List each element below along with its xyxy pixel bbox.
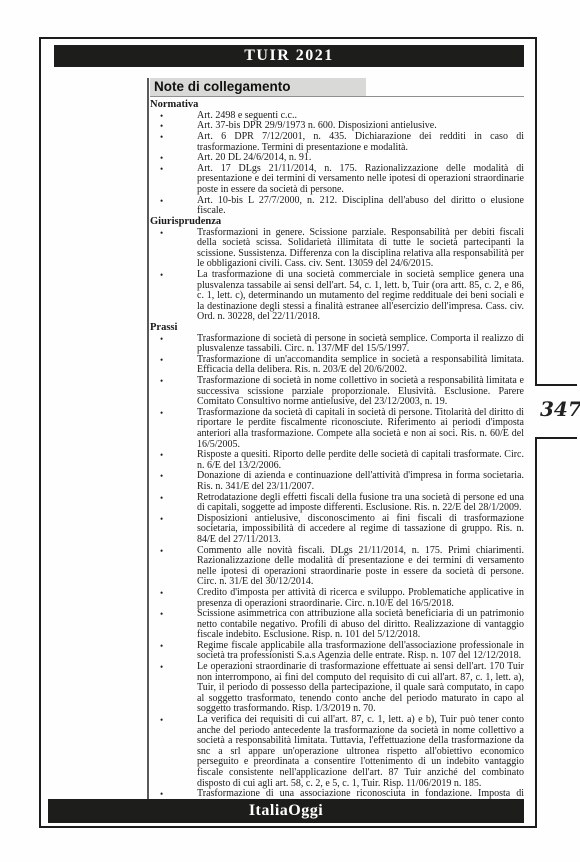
list-item: •Le operazioni straordinarie di trasform…	[150, 662, 524, 715]
bullet-marker: •	[150, 153, 197, 164]
bullet-marker: •	[150, 228, 197, 270]
list-item: •Credito d'imposta per attività di ricer…	[150, 588, 524, 609]
bullet-marker: •	[150, 450, 197, 471]
bullet-marker: •	[150, 546, 197, 588]
bullet-marker: •	[150, 609, 197, 641]
page-border-left	[39, 37, 41, 828]
bullet-marker: •	[150, 715, 197, 789]
list-item-text: Trasformazione di società di persone in …	[197, 334, 524, 355]
list-item: •Trasformazione di società di persone in…	[150, 334, 524, 355]
page-border-bottom	[39, 826, 537, 828]
list-item-text: Trasformazione di società in nome collet…	[197, 376, 524, 408]
note-di-collegamento-header: Note di collegamento	[150, 78, 524, 97]
list-item: •Trasformazione di società in nome colle…	[150, 376, 524, 408]
list-item-text: Donazione di azienda e continuazione del…	[197, 471, 524, 492]
bullet-marker: •	[150, 514, 197, 546]
bullet-marker: •	[150, 471, 197, 492]
bullet-marker: •	[150, 493, 197, 514]
list-item: •Commento alle novità fiscali. DLgs 21/1…	[150, 546, 524, 588]
content-column: Note di collegamento Normativa•Art. 2498…	[150, 78, 524, 810]
list-item: •Art. 6 DPR 7/12/2001, n. 435. Dichiaraz…	[150, 132, 524, 153]
footer-logo-bar: ItaliaOggi	[48, 799, 524, 823]
list-item-text: Commento alle novità fiscali. DLgs 21/11…	[197, 546, 524, 588]
list-item-text: Art. 17 DLgs 21/11/2014, n. 175. Raziona…	[197, 164, 524, 196]
list-item-text: Trasformazione da società di capitali in…	[197, 408, 524, 450]
list-item-text: Retrodatazione degli effetti fiscali del…	[197, 493, 524, 514]
bullet-marker: •	[150, 408, 197, 450]
bullet-marker: •	[150, 121, 197, 132]
bullet-marker: •	[150, 334, 197, 355]
list-item-text: Trasformazioni in genere. Scissione parz…	[197, 228, 524, 270]
bullet-marker: •	[150, 641, 197, 662]
list-item: •Scissione asimmetrica con attribuzione …	[150, 609, 524, 641]
list-item: •Trasformazioni in genere. Scissione par…	[150, 228, 524, 270]
list-item: •La trasformazione di una società commer…	[150, 270, 524, 323]
note-title: Note di collegamento	[150, 78, 366, 96]
page-border-top	[39, 37, 537, 39]
bullet-marker: •	[150, 196, 197, 217]
sections-container: Normativa•Art. 2498 e seguenti c.c..•Art…	[150, 100, 524, 810]
list-item-text: Le operazioni straordinarie di trasforma…	[197, 662, 524, 715]
list-item-text: La verifica dei requisiti di cui all'art…	[197, 715, 524, 789]
list-item-text: Scissione asimmetrica con attribuzione a…	[197, 609, 524, 641]
bullet-marker: •	[150, 355, 197, 376]
list-item: •Donazione di azienda e continuazione de…	[150, 471, 524, 492]
page-number-notch-top	[535, 384, 577, 386]
page-number: 347	[540, 397, 580, 421]
list-item: •La verifica dei requisiti di cui all'ar…	[150, 715, 524, 789]
list-item: •Trasformazione da società di capitali i…	[150, 408, 524, 450]
list-item-text: Art. 6 DPR 7/12/2001, n. 435. Dichiarazi…	[197, 132, 524, 153]
bullet-marker: •	[150, 662, 197, 715]
footer-logo-text: ItaliaOggi	[249, 802, 323, 819]
list-item-text: Regime fiscale applicabile alla trasform…	[197, 641, 524, 662]
bullet-marker: •	[150, 270, 197, 323]
header-title-bar: TUIR 2021	[54, 45, 524, 67]
list-item: •Disposizioni antielusive, disconoscimen…	[150, 514, 524, 546]
header-title: TUIR 2021	[244, 47, 334, 64]
list-item: •Risposte a quesiti. Riporto delle perdi…	[150, 450, 524, 471]
bullet-marker: •	[150, 111, 197, 122]
list-item-text: Disposizioni antielusive, disconosciment…	[197, 514, 524, 546]
page-border-right-lower	[535, 437, 537, 828]
list-item-text: Art. 10-bis L 27/7/2000, n. 212. Discipl…	[197, 196, 524, 217]
page-number-notch-bottom	[535, 437, 577, 439]
list-item-text: Trasformazione di un'accomandita semplic…	[197, 355, 524, 376]
list-item: •Art. 10-bis L 27/7/2000, n. 212. Discip…	[150, 196, 524, 217]
section-heading: Giurisprudenza	[150, 217, 524, 228]
bullet-marker: •	[150, 588, 197, 609]
bullet-marker: •	[150, 164, 197, 196]
list-item-text: La trasformazione di una società commerc…	[197, 270, 524, 323]
list-item: •Regime fiscale applicabile alla trasfor…	[150, 641, 524, 662]
list-item-text: Credito d'imposta per attività di ricerc…	[197, 588, 524, 609]
bullet-marker: •	[150, 132, 197, 153]
page-border-right-upper	[535, 37, 537, 386]
list-item: •Trasformazione di un'accomandita sempli…	[150, 355, 524, 376]
content-left-rule	[147, 78, 149, 799]
list-item: •Art. 17 DLgs 21/11/2014, n. 175. Razion…	[150, 164, 524, 196]
list-item-text: Risposte a quesiti. Riporto delle perdit…	[197, 450, 524, 471]
bullet-marker: •	[150, 376, 197, 408]
list-item: •Retrodatazione degli effetti fiscali de…	[150, 493, 524, 514]
